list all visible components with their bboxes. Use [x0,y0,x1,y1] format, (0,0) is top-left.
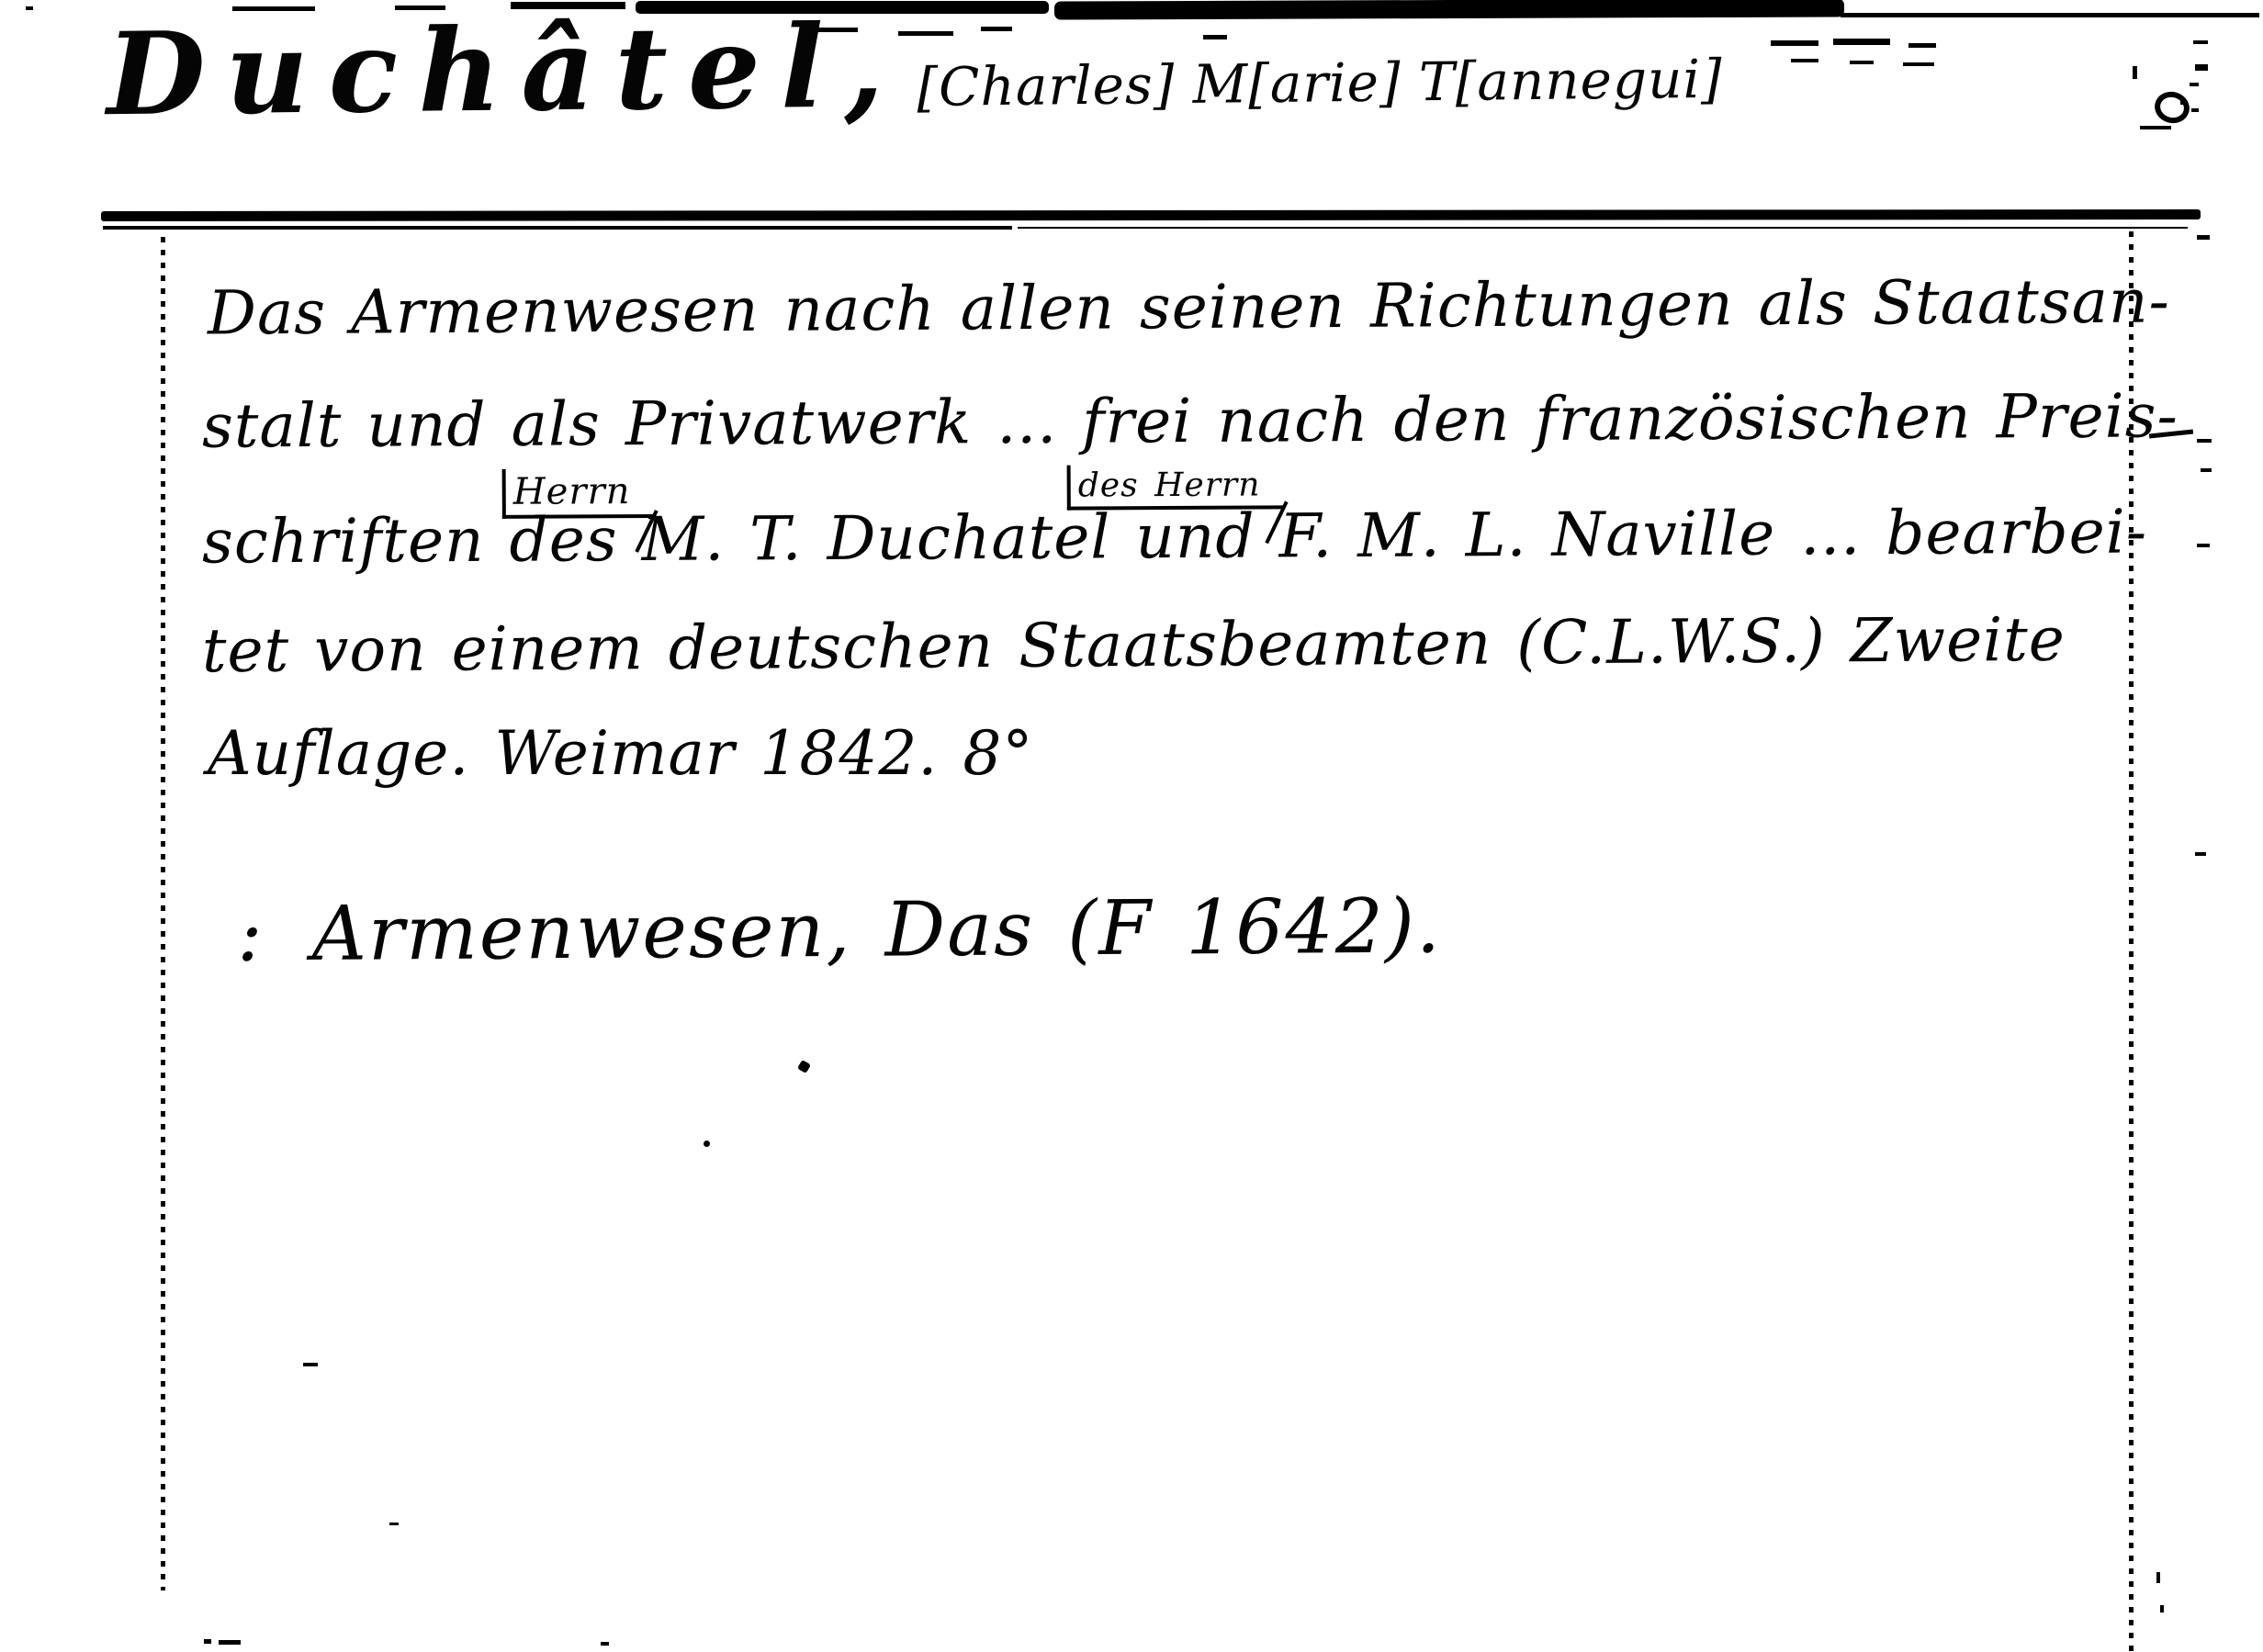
scan-artifact [1850,61,1874,64]
scan-artifact [1833,39,1890,45]
entry-line-3-mid: M. T. Duchatel und [641,501,1255,575]
ring-blot-artifact [2151,88,2193,128]
heading: Duchâtel, [Charles] M[arie] T[annegui] [106,0,1723,141]
scan-artifact [2191,108,2199,112]
cross-reference-text: Armenwesen, Das (F 1642). [311,882,1442,978]
scan-artifact [2180,101,2188,105]
scan-artifact [219,1640,241,1645]
scan-artifact [1771,40,1818,46]
cross-reference-marker: : [237,891,265,978]
heading-forenames: [Charles] M[arie] T[annegui] [917,48,1723,118]
entry-line-3: schriften desHerrnM. T. Duchatel unddes … [202,496,2147,577]
insertion-herrn-text: Herrn [502,468,655,519]
scan-artifact [2195,64,2208,71]
scan-artifact [2140,126,2171,129]
scan-artifact [2193,40,2208,44]
scan-artifact [1841,13,2259,17]
scan-artifact [389,1523,399,1525]
scan-artifact [2197,544,2210,547]
insertion-herrn: Herrn [618,553,642,560]
scan-artifact [2156,1572,2160,1583]
scan-artifact [704,1141,710,1147]
scan-artifact [2195,852,2206,856]
scan-artifact [2197,235,2210,240]
scan-artifact [2160,1605,2164,1613]
cross-reference: :Armenwesen, Das (F 1642). [237,882,1443,978]
catalog-card-scan: Duchâtel, [Charles] M[arie] T[annegui] D… [0,0,2263,1652]
scan-artifact [1908,43,1936,48]
insertion-des-herrn-text: des Herrn [1067,464,1285,510]
insertion-des-herrn: des Herrn [1255,549,1279,556]
scan-artifact [26,6,33,10]
scan-artifact [2197,439,2212,443]
scan-artifact [2133,66,2137,79]
entry-line-4: tet von einem deutschen Staatsbeamten (C… [202,604,2066,686]
entry-line-3-suffix: F. M. L. Naville ... bearbei- [1278,496,2147,571]
scan-artifact [204,1639,211,1644]
header-rule [101,209,2201,221]
scan-artifact [2190,83,2199,86]
entry-line-2: stalt und als Privatwerk ... frei nach d… [202,380,2179,461]
scan-artifact [601,1642,609,1646]
scan-artifact [1903,62,1934,66]
header-rule-underline [1018,227,2188,229]
entry-line-5: Auflage. Weimar 1842. 8° [208,718,1033,789]
scan-artifact [797,1060,811,1073]
heading-surname: Duchâtel, [106,0,905,141]
scan-artifact [1791,59,1818,62]
entry-line-1: Das Armenwesen nach allen seinen Richtun… [208,265,2170,348]
scan-artifact [303,1363,318,1366]
scan-artifact [2201,468,2212,472]
card-border-left [161,237,165,1590]
header-rule-underline [103,226,1012,230]
